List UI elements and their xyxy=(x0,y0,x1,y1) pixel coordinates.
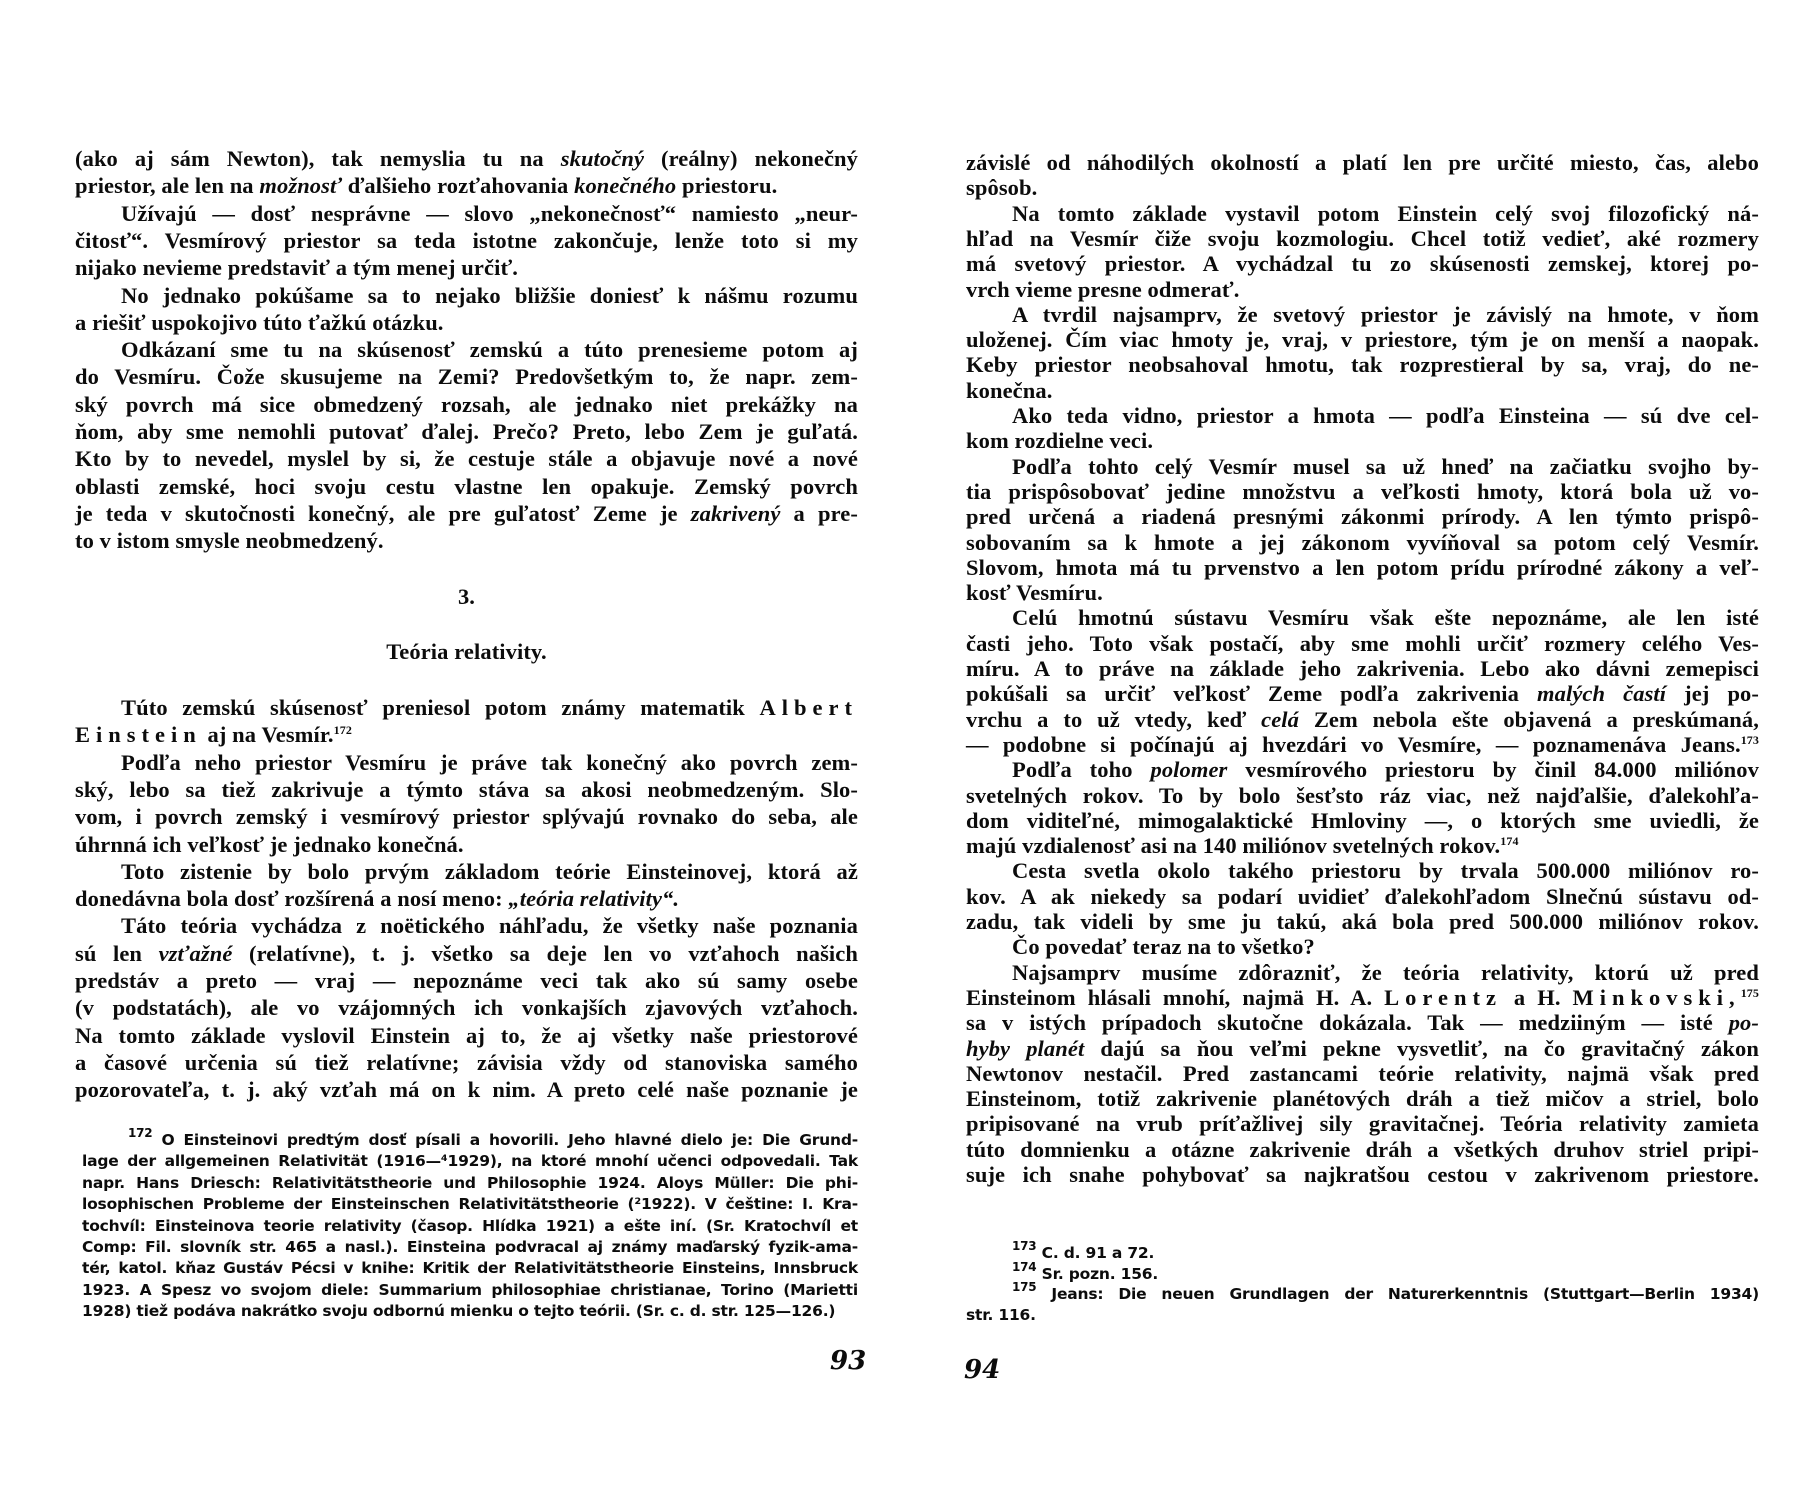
text-line: majú vzdialenosť asi na 140 miliónov sve… xyxy=(966,833,1519,859)
text-line: Keby priestor neobsahoval hmotu, tak roz… xyxy=(966,352,1759,378)
page-number-right: 94 xyxy=(964,1355,1000,1385)
footnote-line: 172 O Einsteinovi predtým dosť písali a … xyxy=(128,1130,858,1151)
text-line: (v podstatách), ale vo vzájomných ich vo… xyxy=(75,995,858,1021)
text-line: Ako teda vidno, priestor a hmota — podľa… xyxy=(1012,403,1759,429)
footnote-line: 1928) tiež podáva nakrátko svoju odbornú… xyxy=(82,1301,835,1322)
text-line: — podobne si počínajú aj hvezdári vo Ves… xyxy=(966,732,1759,758)
text-line: to v istom smysle neobmedzený. xyxy=(75,528,384,554)
page-number-left: 93 xyxy=(830,1346,866,1376)
text-line: svetelných rokov. To by bolo šesťsto ráz… xyxy=(966,783,1759,809)
text-line: do Vesmíru. Čože skusujeme na Zemi? Pred… xyxy=(75,364,858,390)
text-line: Podľa neho priestor Vesmíru je práve tak… xyxy=(121,750,858,776)
text-line: Newtonov nestačil. Pred zastancami teóri… xyxy=(966,1061,1759,1087)
text-line: Na tomto základe vystavil potom Einstein… xyxy=(1012,201,1759,227)
text-line: A tvrdil najsamprv, že svetový priestor … xyxy=(1012,302,1759,328)
text-line: Cesta svetla okolo takého priestoru by t… xyxy=(1012,858,1759,884)
text-line: nijako nevieme predstaviť a tým menej ur… xyxy=(75,255,518,281)
text-line: Celú hmotnú sústavu Vesmíru však ešte ne… xyxy=(1012,605,1759,631)
text-line: závislé od náhodilých okolností a platí … xyxy=(966,150,1759,176)
text-line: Podľa toho polomer vesmírového priestoru… xyxy=(1012,757,1759,783)
text-line: pozorovateľa, t. j. aký vzťah má on k ni… xyxy=(75,1077,858,1103)
section-title: Teória relativity. xyxy=(75,639,858,665)
text-line: Užívajú — dosť nesprávne — slovo „nekone… xyxy=(121,201,858,227)
text-line: kov. A ak niekedy sa podarí uvidieť ďale… xyxy=(966,884,1759,910)
text-line: pokúšali sa určiť veľkosť Zeme podľa zak… xyxy=(966,681,1759,707)
text-line: oblasti zemské, hoci svoju cestu vlastne… xyxy=(75,474,858,500)
text-line: tia prispôsobovať jedine množstvu a veľk… xyxy=(966,479,1759,505)
text-line: má svetový priestor. A vychádzal tu zo s… xyxy=(966,251,1759,277)
text-line: uloženej. Čím viac hmoty je, vraj, v pri… xyxy=(966,327,1759,353)
text-line: Podľa tohto celý Vesmír musel sa už hneď… xyxy=(1012,454,1759,480)
text-line: Na tomto základe vyslovil Einstein aj to… xyxy=(75,1023,858,1049)
text-line: ňom, aby sme nemohli putovať ďalej. Preč… xyxy=(75,419,858,445)
left-page: (ako aj sám Newton), tak nemyslia tu na … xyxy=(0,0,908,1500)
text-line: Toto zistenie by bolo prvým základom teó… xyxy=(121,859,858,885)
text-line: Einsteinom hlásali mnohí, najmä H. A. Lo… xyxy=(966,985,1759,1011)
footnote-line: 1923. A Spesz vo svojom diele: Summarium… xyxy=(82,1280,858,1301)
text-line: pripisované na vrub príťažlivej sily gra… xyxy=(966,1111,1759,1137)
text-line: pred určená a riadená presnými zákonmi p… xyxy=(966,504,1759,530)
text-line: Čo povedať teraz na to všetko? xyxy=(1012,934,1315,960)
text-line: spôsob. xyxy=(966,175,1037,201)
text-line: sobovaním sa k hmote a jej zákonom vyvíň… xyxy=(966,530,1759,556)
section-number: 3. xyxy=(75,584,858,610)
footnote-line: 175 Jeans: Die neuen Grundlagen der Natu… xyxy=(1012,1284,1759,1305)
text-line: míru. A to práve na základe jeho zakrive… xyxy=(966,656,1759,682)
text-line: čitosť“. Vesmírový priestor sa teda isto… xyxy=(75,228,858,254)
text-line: suje ich snahe pohybovať sa najkratšou c… xyxy=(966,1162,1759,1188)
text-line: je teda v skutočnosti konečný, ale pre g… xyxy=(75,501,858,527)
text-line: priestor, ale len na možnosť ďalšieho ro… xyxy=(75,173,777,199)
text-line: Najsamprv musíme zdôrazniť, že teória re… xyxy=(1012,960,1759,986)
text-line: kom rozdielne veci. xyxy=(966,428,1153,454)
right-page: závislé od náhodilých okolností a platí … xyxy=(908,0,1816,1500)
footnote-line: tér, katol. kňaz Gustáv Pécsi v knihe: K… xyxy=(82,1258,858,1279)
text-line: (ako aj sám Newton), tak nemyslia tu na … xyxy=(75,146,858,172)
text-line: vom, i povrch zemský i vesmírový priesto… xyxy=(75,804,858,830)
text-line: konečna. xyxy=(966,378,1052,404)
text-line: vrch vieme presne odmerať. xyxy=(966,277,1239,303)
text-line: úhrnná ich veľkosť je jednako konečná. xyxy=(75,832,464,858)
text-line: túto domnienku a otázne zakrivenie dráh … xyxy=(966,1137,1759,1163)
text-line: vrchu a to už vtedy, keď celá Zem nebola… xyxy=(966,707,1759,733)
text-line: Túto zemskú skúsenosť preniesol potom zn… xyxy=(121,695,858,721)
footnote-line: tochvíl: Einsteinova teorie relativity (… xyxy=(82,1216,858,1237)
text-line: a riešiť uspokojivo túto ťažkú otázku. xyxy=(75,310,444,336)
text-line: zadu, tak videli by sme ju takú, aká bol… xyxy=(966,909,1759,935)
text-line: a časové určenia sú tiež relatívne; závi… xyxy=(75,1050,858,1076)
footnote-line: lage der allgemeinen Relativität (1916—⁴… xyxy=(82,1151,858,1172)
footnote-line: Comp: Fil. slovník str. 465 a nasl.). Ei… xyxy=(82,1237,858,1258)
text-line: hľad na Vesmír čiže svoju kozmologiu. Ch… xyxy=(966,226,1759,252)
text-line: Kto by to nevedel, myslel by si, že cest… xyxy=(75,446,858,472)
text-line: Odkázaní sme tu na skúsenosť zemskú a tú… xyxy=(121,337,858,363)
text-line: ský povrch má sice obmedzený rozsah, ale… xyxy=(75,392,858,418)
text-line: Einsteinom, totiž zakrivenie planétových… xyxy=(966,1086,1759,1112)
text-line: časti jeho. Toto však postačí, aby sme m… xyxy=(966,631,1759,657)
text-line: sa v istých prípadoch skutočne dokázala.… xyxy=(966,1010,1759,1036)
footnote-line: napr. Hans Driesch: Relativitätstheorie … xyxy=(82,1173,858,1194)
text-line: Táto teória vychádza z noëtického náhľad… xyxy=(121,913,858,939)
text-line: Einstein aj na Vesmír.172 xyxy=(75,722,352,748)
text-line: donedávna bola dosť rozšírená a nosí men… xyxy=(75,886,679,912)
text-line: Slovom, hmota má tu prvenstvo a len poto… xyxy=(966,555,1759,581)
text-line: sú len vzťažné (relatívne), t. j. všetko… xyxy=(75,941,858,967)
footnote-line: str. 116. xyxy=(966,1305,1036,1326)
text-line: kosť Vesmíru. xyxy=(966,580,1103,606)
text-line: hyby planét dajú sa ňou veľmi pekne vysv… xyxy=(966,1036,1759,1062)
text-line: predstáv a preto — vraj — nepoznáme veci… xyxy=(75,968,858,994)
text-line: dom viditeľné, mimogalaktické Hmloviny —… xyxy=(966,808,1759,834)
text-line: No jednako pokúšame sa to nejako bližšie… xyxy=(121,283,858,309)
footnote-line: losophischen Probleme der Einsteinschen … xyxy=(82,1194,858,1215)
text-line: ský, lebo sa tiež zakrivuje a týmto stáv… xyxy=(75,777,858,803)
